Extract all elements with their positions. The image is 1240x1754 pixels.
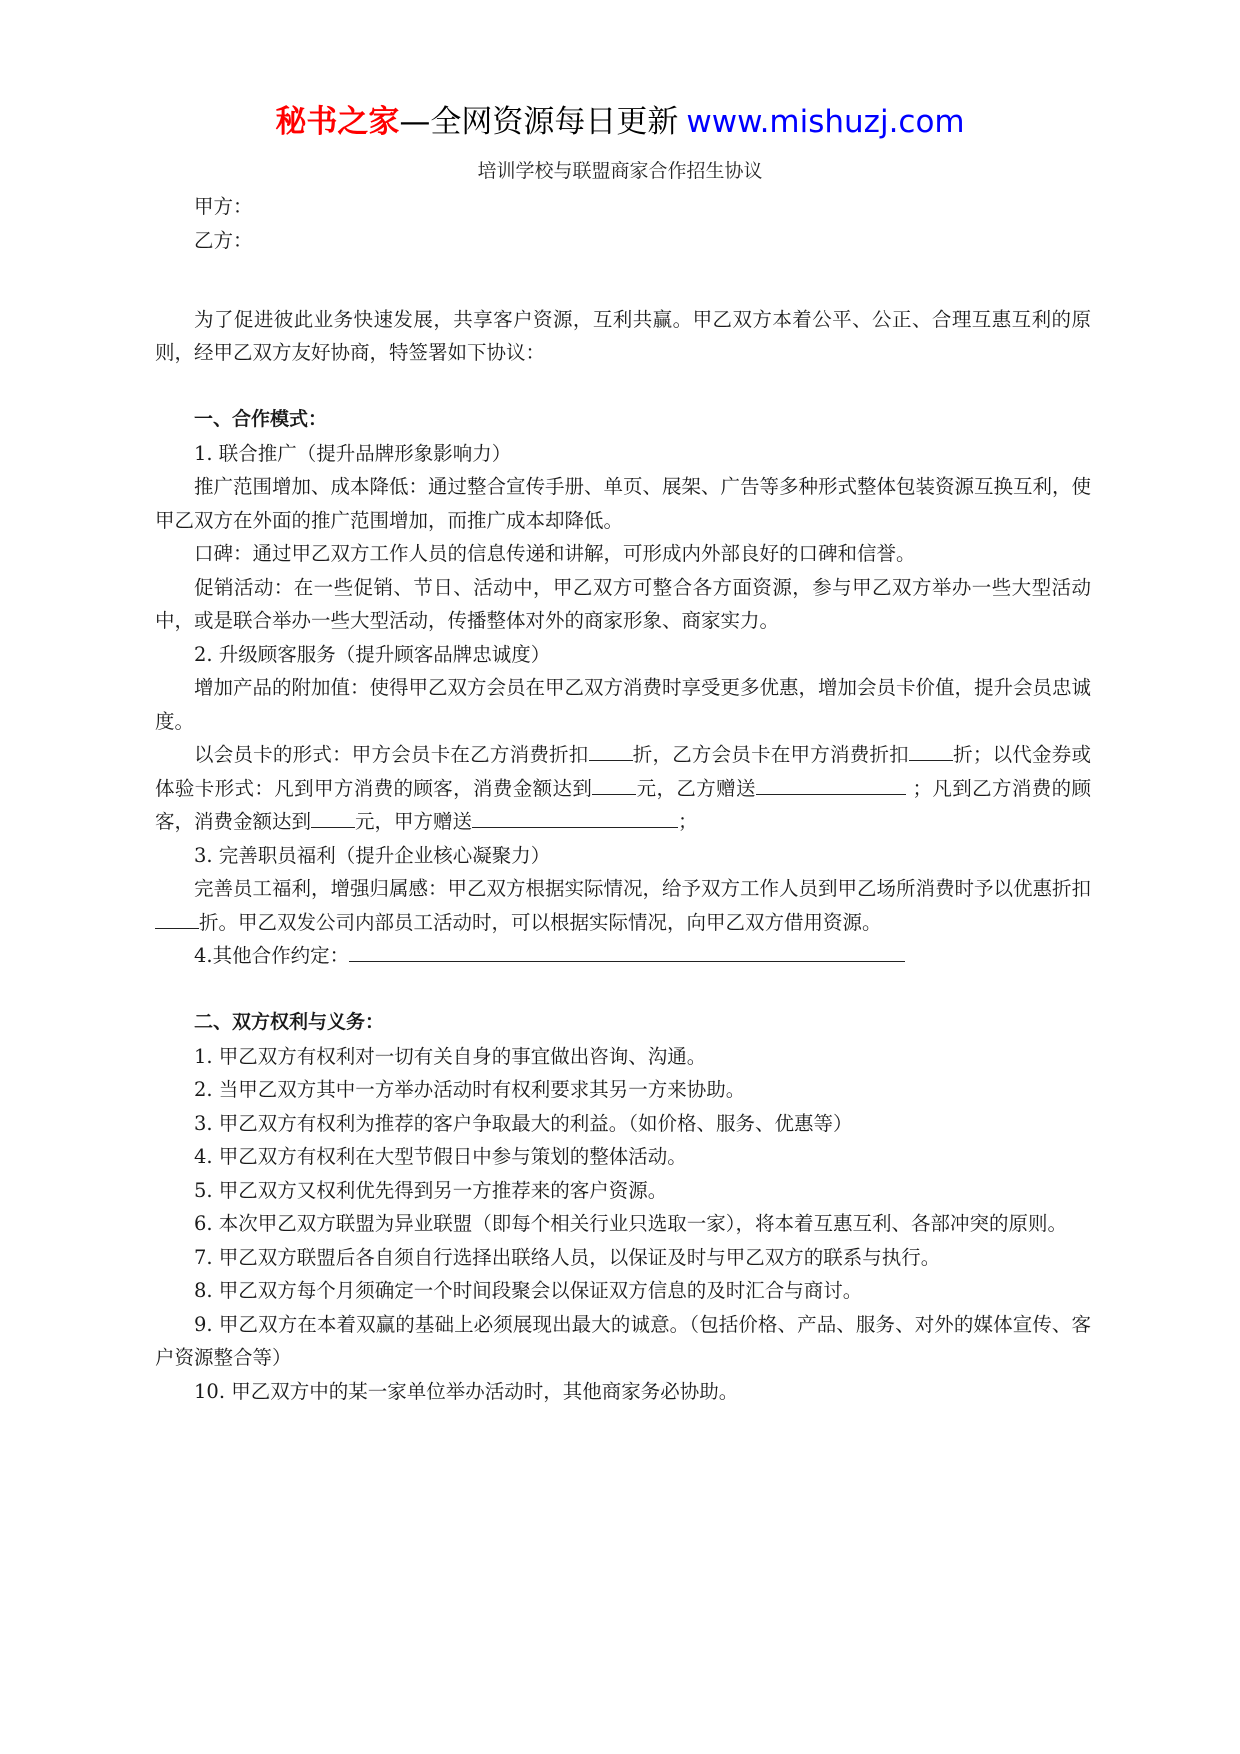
section1-item1-paragraph3: 促销活动：在一些促销、节日、活动中，甲乙双方可整合各方面资源，参与甲乙双方举办一…: [155, 571, 1091, 638]
section2-item: 1. 甲乙双方有权利对一切有关自身的事宜做出咨询、沟通。: [155, 1040, 1091, 1074]
text: ；: [678, 810, 698, 833]
section2-item: 8. 甲乙双方每个月须确定一个时间段聚会以保证双方信息的及时汇合与商讨。: [155, 1274, 1091, 1308]
party-a-label: 甲方：: [155, 190, 1091, 224]
section1-item2-title: 2. 升级顾客服务（提升顾客品牌忠诚度）: [155, 638, 1091, 672]
text: 折。甲乙双发公司内部员工活动时，可以根据实际情况，向甲乙双方借用资源。: [199, 911, 882, 934]
gift-a-blank[interactable]: [472, 807, 678, 828]
section1-item4: 4.其他合作约定：: [155, 939, 1091, 973]
spacer: [155, 370, 1091, 404]
amount-b-blank[interactable]: [311, 807, 355, 828]
section1-item1-paragraph2: 口碑：通过甲乙双方工作人员的信息传递和讲解，可形成内外部良好的口碑和信誉。: [155, 537, 1091, 571]
document-body: 甲方： 乙方： 为了促进彼此业务快速发展，共享客户资源，互利共赢。甲乙双方本着公…: [155, 190, 1091, 1408]
intro-paragraph: 为了促进彼此业务快速发展，共享客户资源，互利共赢。甲乙双方本着公平、公正、合理互…: [155, 303, 1091, 370]
section2-item: 6. 本次甲乙双方联盟为异业联盟（即每个相关行业只选取一家），将本着互惠互利、各…: [155, 1207, 1091, 1241]
text: 以会员卡的形式：甲方会员卡在乙方消费折扣: [194, 743, 589, 766]
section2-heading: 二、双方权利与义务：: [155, 1006, 1091, 1040]
spacer: [155, 257, 1091, 291]
section2-item: 4. 甲乙双方有权利在大型节假日中参与策划的整体活动。: [155, 1140, 1091, 1174]
other-terms-blank[interactable]: [349, 941, 905, 962]
section2-item: 10. 甲乙双方中的某一家单位举办活动时，其他商家务必协助。: [155, 1375, 1091, 1409]
amount-a-blank[interactable]: [592, 774, 636, 795]
text: 完善员工福利，增强归属感：甲乙双方根据实际情况，给予双方工作人员到甲乙场所消费时…: [194, 877, 1091, 900]
section2-item: 5. 甲乙双方又权利优先得到另一方推荐来的客户资源。: [155, 1174, 1091, 1208]
discount-b-blank[interactable]: [909, 740, 953, 761]
section2-item: 2. 当甲乙双方其中一方举办活动时有权利要求其另一方来协助。: [155, 1073, 1091, 1107]
document-page: 秘书之家—全网资源每日更新www.mishuzj.com 培训学校与联盟商家合作…: [0, 0, 1240, 1754]
section1-item3-paragraph1: 完善员工福利，增强归属感：甲乙双方根据实际情况，给予双方工作人员到甲乙场所消费时…: [155, 872, 1091, 939]
section1-item3-title: 3. 完善职员福利（提升企业核心凝聚力）: [155, 839, 1091, 873]
section2-item: 9. 甲乙双方在本着双赢的基础上必须展现出最大的诚意。（包括价格、产品、服务、对…: [155, 1308, 1091, 1375]
site-banner: 秘书之家—全网资源每日更新www.mishuzj.com: [0, 100, 1240, 144]
section1-item2-paragraph1: 增加产品的附加值：使得甲乙双方会员在甲乙双方消费时享受更多优惠，增加会员卡价值，…: [155, 671, 1091, 738]
discount-a-blank[interactable]: [589, 740, 633, 761]
text: 元，甲方赠送: [355, 810, 472, 833]
section1-item2-paragraph2: 以会员卡的形式：甲方会员卡在乙方消费折扣折，乙方会员卡在甲方消费折扣折；以代金券…: [155, 738, 1091, 839]
section1-item1-title: 1. 联合推广（提升品牌形象影响力）: [155, 437, 1091, 471]
banner-url-link[interactable]: www.mishuzj.com: [686, 104, 964, 140]
section1-heading: 一、合作模式：: [155, 403, 1091, 437]
banner-brand: 秘书之家: [275, 104, 399, 140]
gift-b-blank[interactable]: [756, 774, 906, 795]
spacer: [155, 973, 1091, 1007]
party-b-label: 乙方：: [155, 224, 1091, 258]
section2-item: 3. 甲乙双方有权利为推荐的客户争取最大的利益。（如价格、服务、优惠等）: [155, 1107, 1091, 1141]
text: 元，乙方赠送: [636, 777, 756, 800]
section2-item: 7. 甲乙双方联盟后各自须自行选择出联络人员，以保证及时与甲乙双方的联系与执行。: [155, 1241, 1091, 1275]
document-title: 培训学校与联盟商家合作招生协议: [0, 158, 1240, 184]
staff-discount-blank[interactable]: [155, 908, 199, 929]
other-terms-label: 4.其他合作约定：: [194, 944, 349, 967]
text: 折，乙方会员卡在甲方消费折扣: [633, 743, 909, 766]
section1-item1-paragraph1: 推广范围增加、成本降低：通过整合宣传手册、单页、展架、广告等多种形式整体包装资源…: [155, 470, 1091, 537]
banner-slogan: —全网资源每日更新: [399, 104, 678, 140]
